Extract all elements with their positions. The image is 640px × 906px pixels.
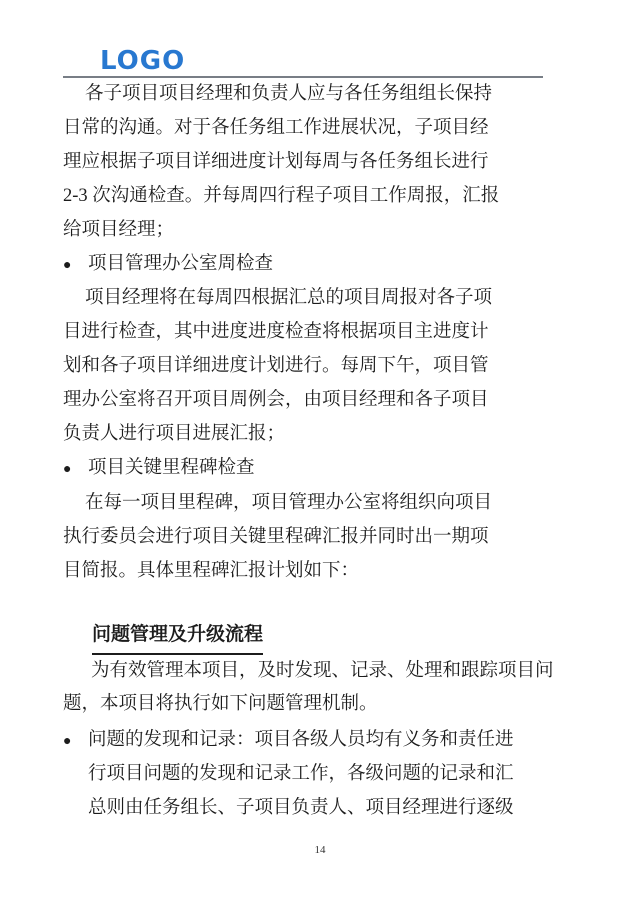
page-content: LOGO 各子项目项目经理和负责人应与各任务组组长保持 日常的沟通。对于各任务组… xyxy=(63,0,543,826)
bullet-icon: ● xyxy=(63,725,88,759)
section-heading-text: 问题管理及升级流程 xyxy=(92,618,263,655)
paragraph-milestone-detail: 在每一项目里程碑，项目管理办公室将组织向项目 执行委员会进行项目关键里程碑汇报并… xyxy=(63,487,543,589)
page-body: 各子项目项目经理和负责人应与各任务组组长保持 日常的沟通。对于各任务组工作进展状… xyxy=(63,78,543,826)
page-header: LOGO xyxy=(63,0,543,78)
bullet-label-weekly-check: 项目管理办公室周检查 xyxy=(88,248,273,282)
bullet-item-weekly-check: ● 项目管理办公室周检查 xyxy=(63,248,543,283)
bullet-icon: ● xyxy=(63,249,88,283)
logo: LOGO xyxy=(100,47,543,75)
section-heading-issue-management: 问题管理及升级流程 xyxy=(92,618,543,655)
paragraph-subproject-communication: 各子项目项目经理和负责人应与各任务组组长保持 日常的沟通。对于各任务组工作进展状… xyxy=(63,78,543,248)
paragraph-weekly-check-detail: 项目经理将在每周四根据汇总的项目周报对各子项 目进行检查，其中进度进度检查将根据… xyxy=(63,282,543,452)
bullet-item-milestone-check: ● 项目关键里程碑检查 xyxy=(63,452,543,487)
page-number: 14 xyxy=(315,844,326,856)
paragraph-issue-management-intro: 为有效管理本项目，及时发现、记录、处理和跟踪项目问 题，本项目将执行如下问题管理… xyxy=(63,655,543,723)
bullet-item-issue-discovery: ● 问题的发现和记录：项目各级人员均有义务和责任进 行项目问题的发现和记录工作，… xyxy=(63,724,543,826)
document-page: LOGO 各子项目项目经理和负责人应与各任务组组长保持 日常的沟通。对于各任务组… xyxy=(0,0,640,906)
bullet-label-milestone-check: 项目关键里程碑检查 xyxy=(88,452,255,486)
page-footer: 14 xyxy=(0,843,640,857)
bullet-icon: ● xyxy=(63,453,88,487)
bullet-text-issue-discovery: 问题的发现和记录：项目各级人员均有义务和责任进 行项目问题的发现和记录工作，各级… xyxy=(88,724,514,826)
